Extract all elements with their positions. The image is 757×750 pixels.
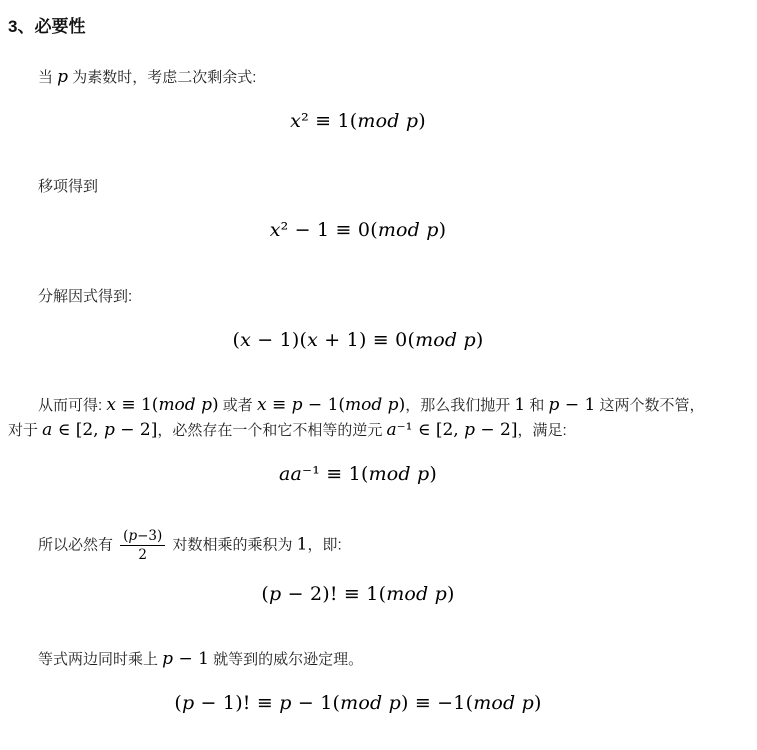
text-run: ，即:: [307, 536, 341, 553]
text-run: 等式两边同时乘上: [38, 651, 162, 668]
math-identifier: p: [162, 649, 173, 669]
display-formula-factorial-p-2: (p − 2)! ≡ 1(mod p): [8, 579, 708, 609]
inline-math: a⁻¹ ∈ [2, p − 2]: [387, 420, 518, 440]
paragraph-conclusion: 等式两边同时乘上 p − 1 就等到的威尔逊定理。: [8, 647, 708, 672]
math-identifier: p: [464, 329, 476, 351]
math-identifier: mod: [340, 692, 382, 714]
math-identifier: mod: [415, 329, 457, 351]
text-run: 为素数时，考虑二次剩余式:: [68, 69, 256, 86]
paragraph-transpose: 移项得到: [8, 174, 708, 199]
text-run: ，那么我们抛开: [405, 397, 514, 414]
math-identifier: p: [292, 395, 303, 415]
text-run: 所以必然有: [38, 536, 117, 553]
math-identifier: mod: [386, 583, 428, 605]
math-identifier: mod: [345, 395, 382, 415]
inline-math: p: [57, 67, 68, 87]
section-heading: 3、必要性: [8, 16, 708, 39]
math-identifier: p: [201, 395, 212, 415]
math-identifier: x: [240, 329, 251, 351]
display-formula-quadratic-residue: x² ≡ 1(mod p): [8, 106, 708, 136]
display-formula-factored: (x − 1)(x + 1) ≡ 0(mod p): [8, 325, 708, 355]
math-identifier: p: [128, 528, 137, 544]
math-identifier: p: [57, 67, 68, 87]
fraction-denominator: 2: [138, 546, 147, 563]
math-identifier: p: [549, 395, 560, 415]
paragraph-factorize: 分解因式得到:: [8, 284, 708, 309]
paragraph-intro: 当 p 为素数时，考虑二次剩余式:: [8, 65, 708, 90]
math-identifier: p: [417, 463, 429, 485]
text-run: 移项得到: [38, 178, 98, 195]
math-identifier: p: [104, 420, 115, 440]
display-formula-inverse: aa⁻¹ ≡ 1(mod p): [8, 459, 708, 489]
math-identifier: mod: [369, 463, 411, 485]
math-identifier: mod: [158, 395, 195, 415]
inline-math: a ∈ [2, p − 2]: [42, 420, 157, 440]
math-identifier: mod: [473, 692, 515, 714]
text-run: 从而可得:: [38, 397, 106, 414]
math-identifier: x: [106, 395, 116, 415]
math-identifier: a: [387, 420, 397, 440]
math-identifier: x: [307, 329, 318, 351]
math-identifier: mod: [357, 110, 399, 132]
display-formula-wilson-theorem: (p − 1)! ≡ p − 1(mod p) ≡ −1(mod p): [8, 688, 708, 718]
math-identifier: mod: [378, 219, 420, 241]
text-run: 或者: [219, 397, 257, 414]
fraction-numerator: (p−3): [120, 528, 165, 546]
inline-math: p − 1: [162, 649, 209, 669]
math-identifier: p: [389, 692, 401, 714]
math-identifier: p: [182, 692, 194, 714]
math-identifier: p: [406, 110, 418, 132]
display-formula-transposed: x² − 1 ≡ 0(mod p): [8, 215, 708, 245]
inline-math: x ≡ p − 1(mod p): [257, 395, 405, 415]
text-run: 对数相乘的乘积为: [168, 536, 296, 553]
text-run: ，满足:: [518, 422, 567, 439]
inline-math: x ≡ 1(mod p): [106, 395, 218, 415]
math-identifier: aa: [279, 463, 302, 485]
inline-math: 1: [297, 534, 308, 554]
math-identifier: p: [269, 583, 281, 605]
text-run: 分解因式得到:: [38, 288, 132, 305]
paragraph-pair-product: 所以必然有 (p−3)2 对数相乘的乘积为 1，即:: [8, 528, 708, 563]
text-run: 和: [525, 397, 548, 414]
text-run: ，必然存在一个和它不相等的逆元: [157, 422, 386, 439]
math-identifier: x: [257, 395, 267, 415]
math-identifier: p: [388, 395, 399, 415]
text-run: 就等到的威尔逊定理。: [209, 651, 363, 668]
math-identifier: x: [270, 219, 281, 241]
math-identifier: a: [42, 420, 52, 440]
math-identifier: p: [435, 583, 447, 605]
article: 3、必要性 当 p 为素数时，考虑二次剩余式: x² ≡ 1(mod p) 移项…: [0, 0, 757, 719]
inline-math: p − 1: [549, 395, 596, 415]
math-identifier: p: [522, 692, 534, 714]
math-identifier: p: [426, 219, 438, 241]
math-identifier: p: [279, 692, 291, 714]
inline-math: 1: [514, 395, 525, 415]
paragraph-inverse-argument: 从而可得: x ≡ 1(mod p) 或者 x ≡ p − 1(mod p)，那…: [8, 393, 708, 443]
math-identifier: p: [464, 420, 475, 440]
inline-fraction: (p−3)2: [120, 528, 165, 563]
text-run: 当: [38, 69, 57, 86]
math-identifier: x: [290, 110, 301, 132]
